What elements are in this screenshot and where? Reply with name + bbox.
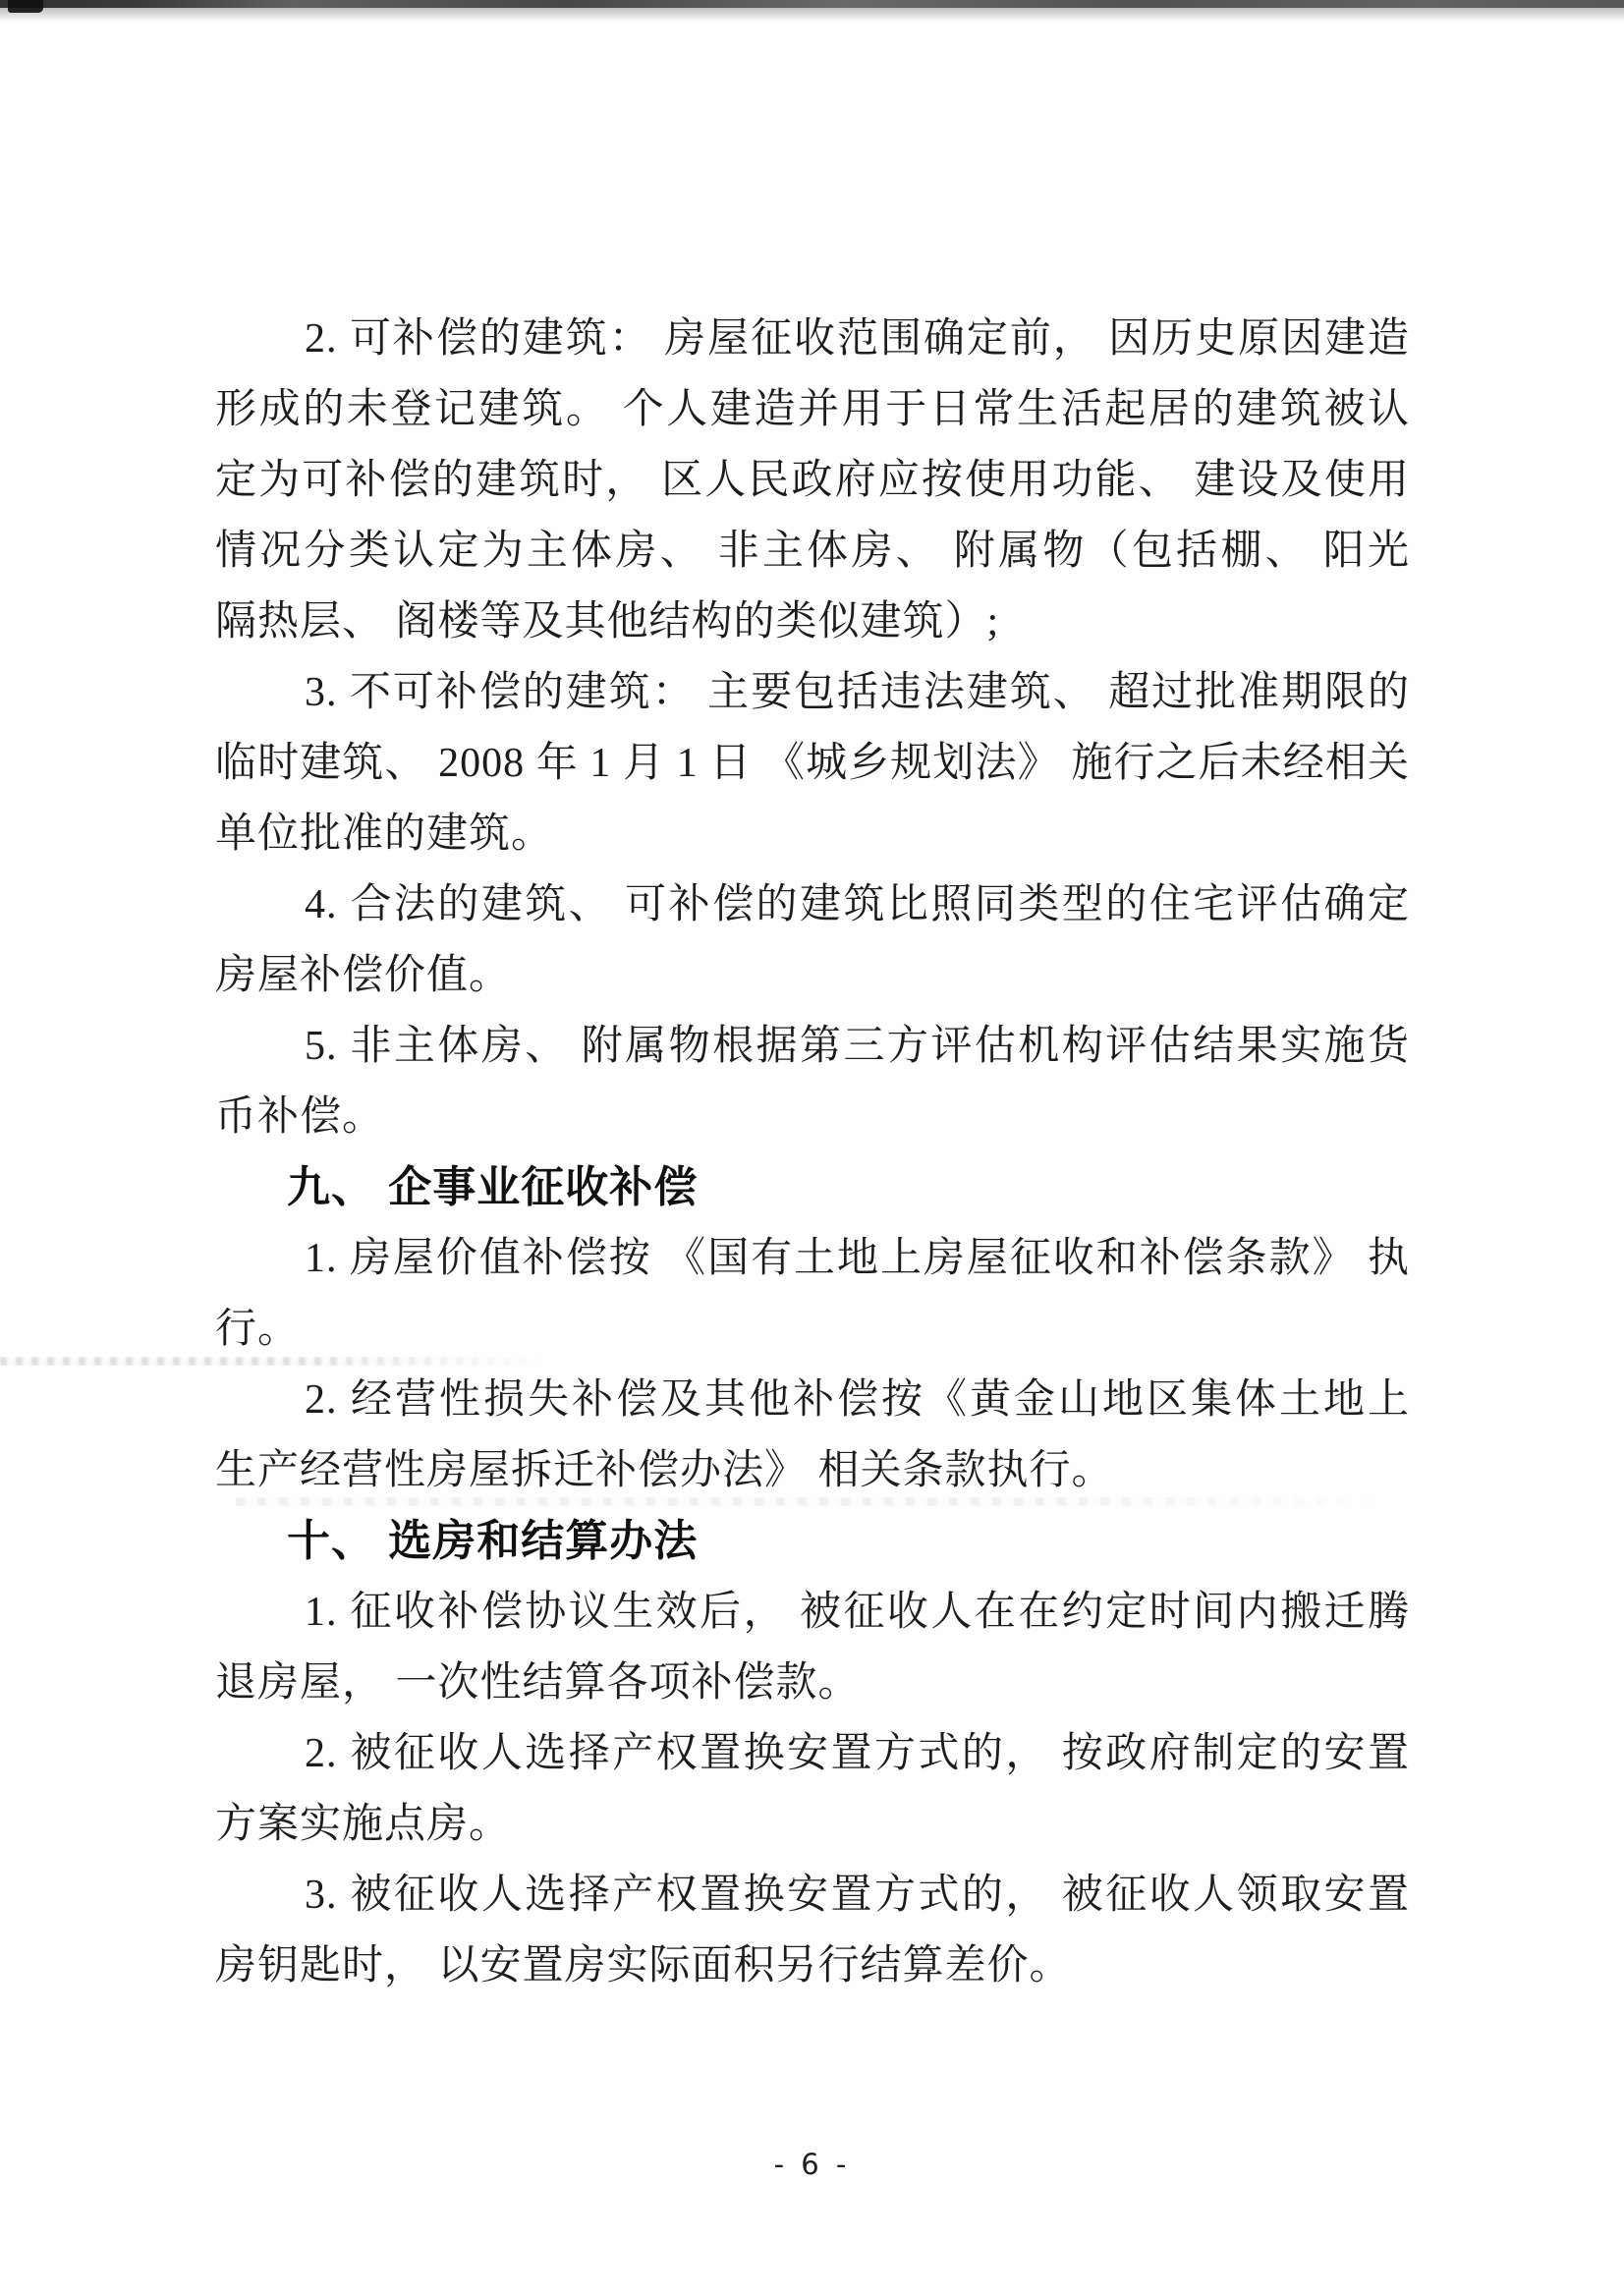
page-number: - 6 - bbox=[0, 2148, 1624, 2181]
text-line: 币补偿。 bbox=[215, 1082, 1410, 1152]
text-line: 2. 被征收人选择产权置换安置方式的， 按政府制定的安置 bbox=[215, 1718, 1410, 1789]
text-line: 退房屋， 一次性结算各项补偿款。 bbox=[215, 1648, 1410, 1718]
text-line: 1. 征收补偿协议生效后， 被征收人在在约定时间内搬迁腾 bbox=[215, 1577, 1410, 1648]
text-line: 3. 不可补偿的建筑： 主要包括违法建筑、 超过批准期限的 bbox=[215, 657, 1410, 728]
text-line: 4. 合法的建筑、 可补偿的建筑比照同类型的住宅评估确定 bbox=[215, 869, 1410, 940]
text-line: 3. 被征收人选择产权置换安置方式的， 被征收人领取安置 bbox=[215, 1860, 1410, 1931]
section-heading: 十、 选房和结算办法 bbox=[215, 1506, 1410, 1577]
text-line: 情况分类认定为主体房、 非主体房、 附属物（包括棚、 阳光房、 bbox=[215, 516, 1410, 587]
text-line: 隔热层、 阁楼等及其他结构的类似建筑）; bbox=[215, 587, 1410, 657]
document-body: 2. 可补偿的建筑： 房屋征收范围确定前， 因历史原因建造形成的未登记建筑。 个… bbox=[215, 304, 1410, 2001]
scan-artifact-corner-mark bbox=[8, 0, 43, 13]
scan-artifact-top-edge bbox=[0, 0, 1624, 8]
document-page: 2. 可补偿的建筑： 房屋征收范围确定前， 因历史原因建造形成的未登记建筑。 个… bbox=[0, 0, 1624, 2295]
text-line: 5. 非主体房、 附属物根据第三方评估机构评估结果实施货 bbox=[215, 1011, 1410, 1082]
text-line: 1. 房屋价值补偿按 《国有土地上房屋征收和补偿条款》 执 bbox=[215, 1223, 1410, 1294]
scan-artifact-top-edge-fade bbox=[0, 8, 1624, 22]
text-line: 形成的未登记建筑。 个人建造并用于日常生活起居的建筑被认 bbox=[215, 374, 1410, 445]
text-line: 方案实施点房。 bbox=[215, 1789, 1410, 1860]
text-line: 房屋补偿价值。 bbox=[215, 940, 1410, 1011]
section-heading: 九、 企事业征收补偿 bbox=[215, 1152, 1410, 1223]
text-line: 房钥匙时， 以安置房实际面积另行结算差价。 bbox=[215, 1931, 1410, 2001]
text-line: 2. 可补偿的建筑： 房屋征收范围确定前， 因历史原因建造 bbox=[215, 304, 1410, 374]
text-line: 定为可补偿的建筑时， 区人民政府应按使用功能、 建设及使用 bbox=[215, 445, 1410, 516]
text-line: 行。 bbox=[215, 1294, 1410, 1365]
text-line: 单位批准的建筑。 bbox=[215, 799, 1410, 869]
text-line: 生产经营性房屋拆迁补偿办法》 相关条款执行。 bbox=[215, 1435, 1410, 1506]
text-line: 临时建筑、 2008 年 1 月 1 日 《城乡规划法》 施行之后未经相关 bbox=[215, 728, 1410, 799]
text-line: 2. 经营性损失补偿及其他补偿按《黄金山地区集体土地上 bbox=[215, 1365, 1410, 1435]
